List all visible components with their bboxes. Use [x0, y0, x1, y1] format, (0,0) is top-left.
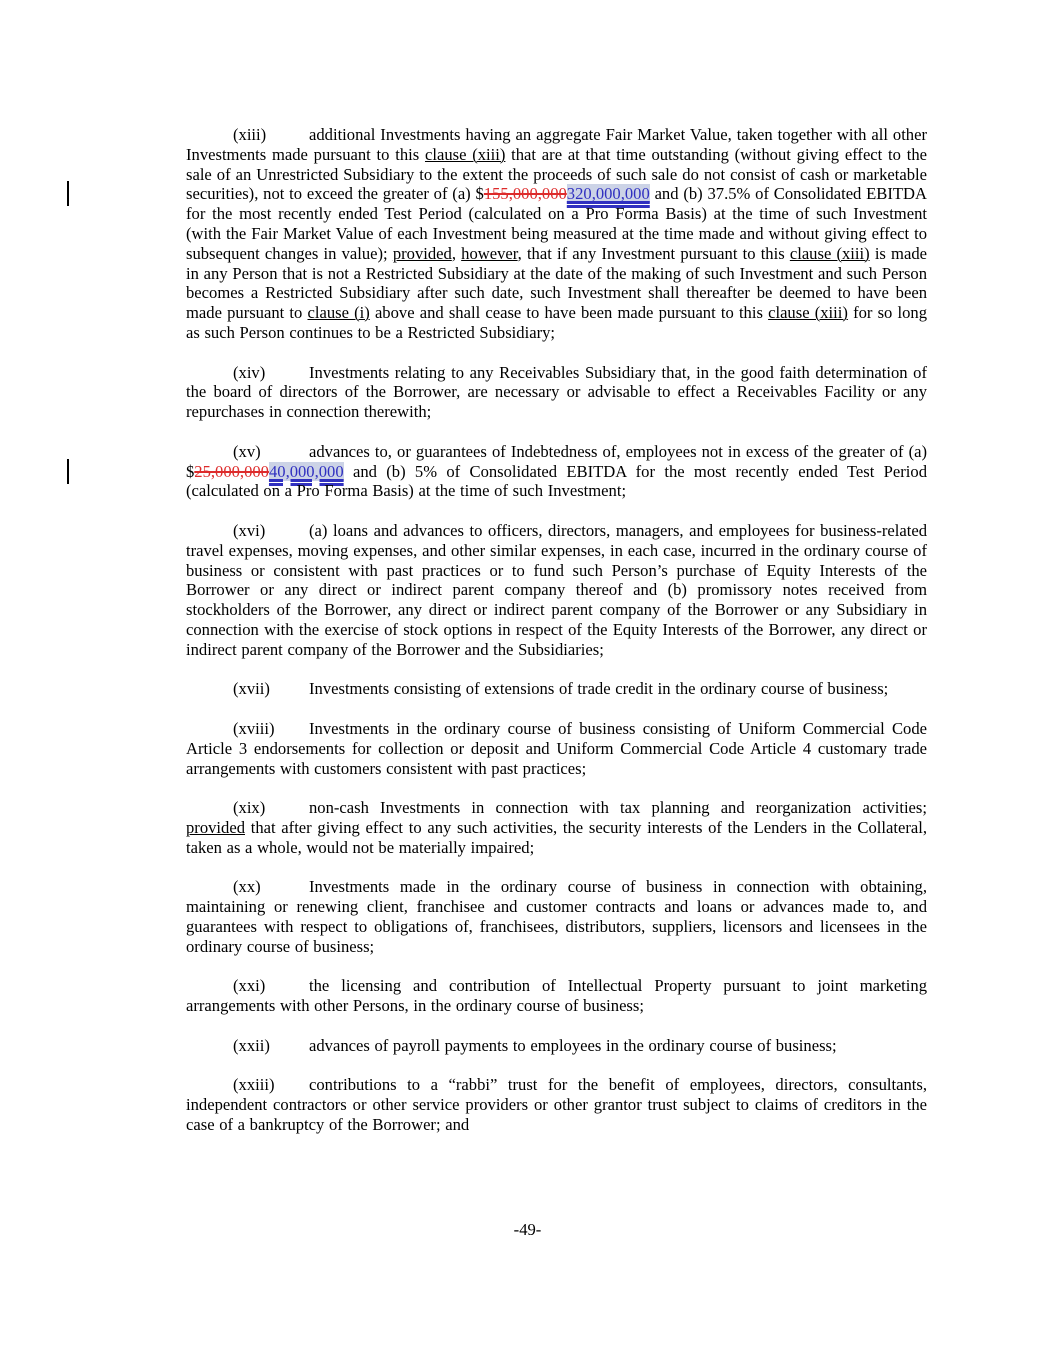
inserted-text: 40,000,000: [269, 462, 344, 481]
deleted-text: 25,000,000: [194, 462, 269, 481]
text-segment: ,: [452, 244, 461, 263]
underlined-text: clause (xiii): [790, 244, 870, 263]
paragraph-number: (xix): [233, 798, 309, 818]
inserted-text: 320,000,000: [567, 184, 650, 203]
paragraph-number: (xiii): [233, 125, 309, 145]
paragraph-xvi: (xvi)(a) loans and advances to officers,…: [186, 521, 927, 660]
paragraph-number: (xvi): [233, 521, 309, 541]
paragraph-number: (xvii): [233, 679, 309, 699]
text-segment: non-cash Investments in connection with …: [309, 798, 927, 817]
paragraph-xvii: (xvii)Investments consisting of extensio…: [186, 679, 927, 699]
paragraph-xv: (xv)advances to, or guarantees of Indebt…: [186, 442, 927, 501]
paragraph-xxii: (xxii)advances of payroll payments to em…: [186, 1036, 927, 1056]
text-segment: Investments consisting of extensions of …: [309, 679, 888, 698]
paragraph-xix: (xix)non-cash Investments in connection …: [186, 798, 927, 857]
paragraph-number: (xxiii): [233, 1075, 309, 1095]
paragraph-number: (xviii): [233, 719, 309, 739]
document-body: (xiii)additional Investments having an a…: [186, 125, 927, 1154]
paragraph-number: (xv): [233, 442, 309, 462]
change-bar: [67, 181, 69, 206]
underlined-text: clause (xiii): [768, 303, 848, 322]
text-segment: that after giving effect to any such act…: [186, 818, 927, 857]
paragraph-xiii: (xiii)additional Investments having an a…: [186, 125, 927, 343]
underlined-text: provided: [186, 818, 245, 837]
paragraph-number: (xiv): [233, 363, 309, 383]
underlined-text: provided: [393, 244, 452, 263]
paragraph-number: (xxii): [233, 1036, 309, 1056]
paragraph-number: (xxi): [233, 976, 309, 996]
text-segment: , that if any Investment pursuant to thi…: [518, 244, 790, 263]
text-segment: above and shall cease to have been made …: [370, 303, 768, 322]
deleted-text: 155,000,000: [484, 184, 567, 203]
page-number: -49-: [0, 1220, 1055, 1240]
change-bar: [67, 459, 69, 484]
text-segment: advances of payroll payments to employee…: [309, 1036, 837, 1055]
paragraph-xiv: (xiv)Investments relating to any Receiva…: [186, 363, 927, 422]
paragraph-xviii: (xviii)Investments in the ordinary cours…: [186, 719, 927, 778]
paragraph-xx: (xx)Investments made in the ordinary cou…: [186, 877, 927, 956]
underlined-text: clause (xiii): [425, 145, 505, 164]
paragraph-number: (xx): [233, 877, 309, 897]
underlined-text: however: [461, 244, 517, 263]
paragraph-xxiii: (xxiii)contributions to a “rabbi” trust …: [186, 1075, 927, 1134]
text-segment: (a) loans and advances to officers, dire…: [186, 521, 927, 659]
underlined-text: clause (i): [307, 303, 369, 322]
document-page: { "document": { "page_number": "-49-", "…: [0, 0, 1055, 1365]
paragraph-xxi: (xxi)the licensing and contribution of I…: [186, 976, 927, 1016]
